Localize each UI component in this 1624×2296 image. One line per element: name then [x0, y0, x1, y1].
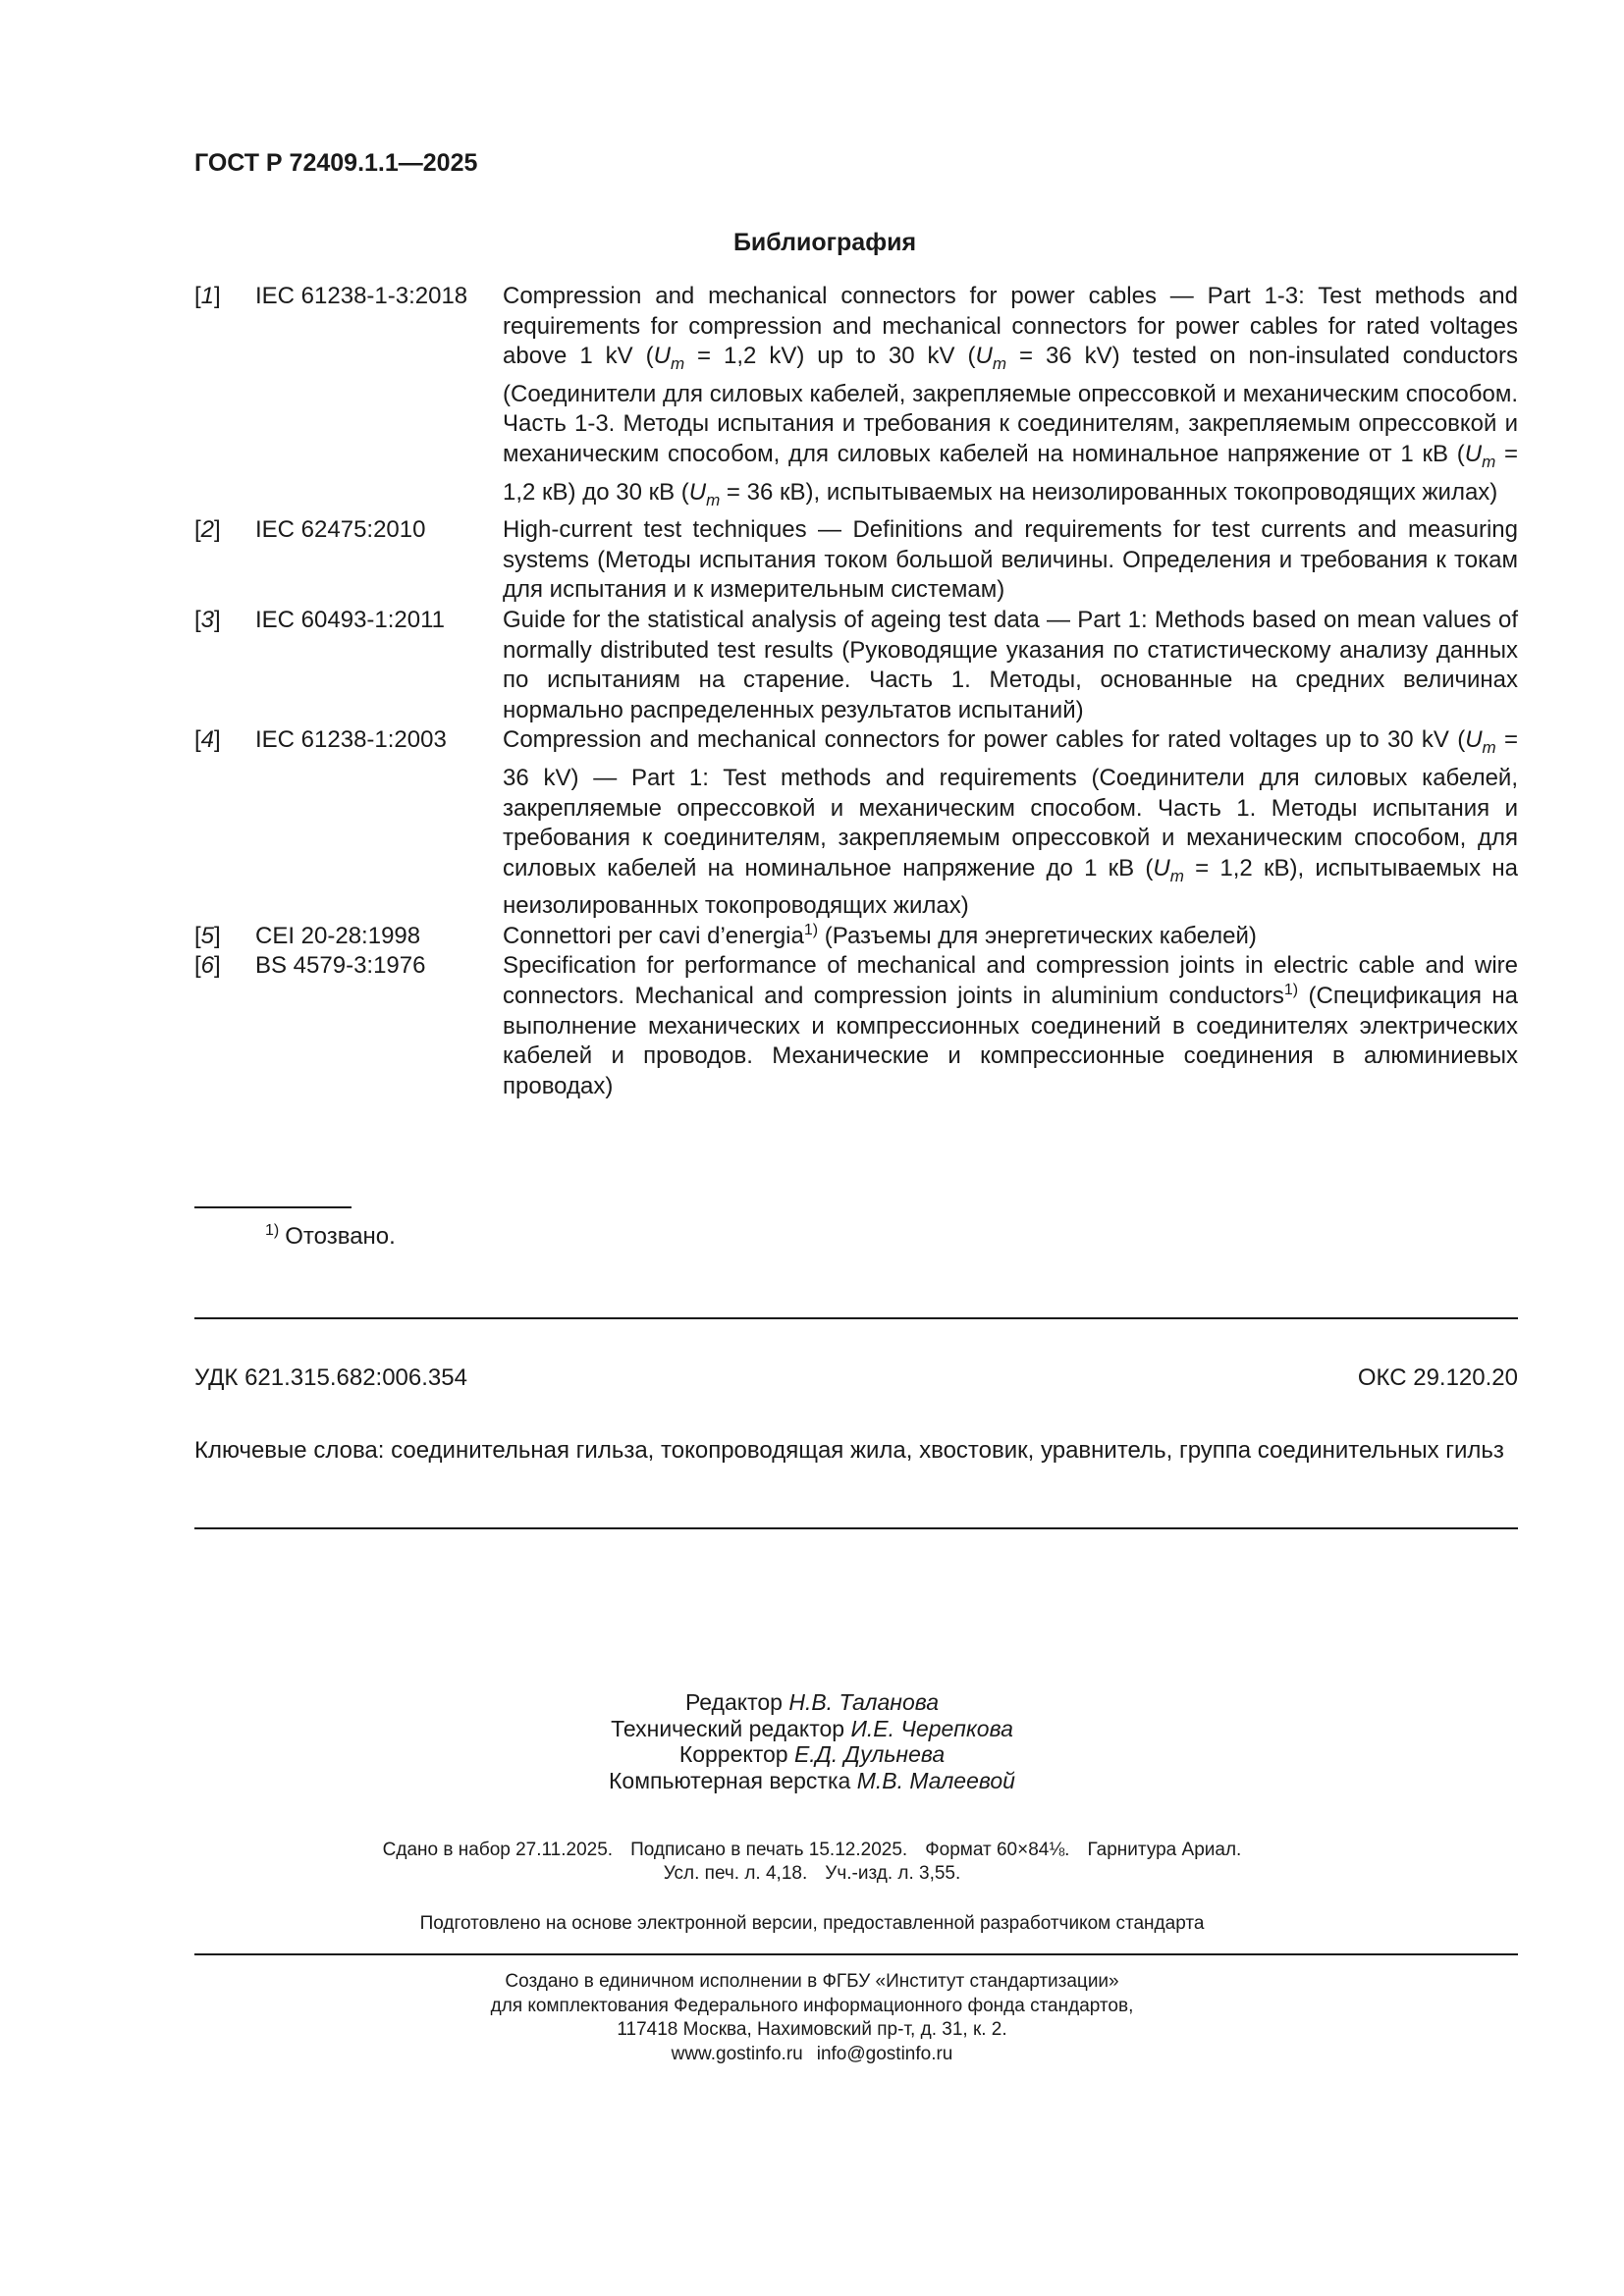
- imprint-item: Гарнитура Ариал.: [1087, 1840, 1241, 1860]
- symbol-subscript: m: [706, 491, 720, 509]
- entry-number-value: 4: [201, 726, 214, 753]
- credit-name: Н.В. Таланова: [788, 1689, 939, 1715]
- imprint-item: Усл. печ. л. 4,18.: [664, 1863, 808, 1884]
- entry-number-value: 3: [201, 607, 214, 633]
- symbol-u: U: [1465, 441, 1482, 467]
- bibliography-entry: [5]CEI 20-28:1998Connettori per cavi d’e…: [194, 922, 1518, 952]
- bibliography-list: [1]IEC 61238-1-3:2018Compression and mec…: [194, 282, 1518, 1101]
- imprint-item: Сдано в набор 27.11.2025.: [383, 1840, 613, 1860]
- symbol-u: U: [689, 479, 706, 506]
- footnote-mark: 1): [265, 1222, 279, 1239]
- divider-top: [194, 1317, 1518, 1319]
- symbol-subscript: m: [1482, 453, 1495, 471]
- credit-line: Редактор Н.В. Таланова: [0, 1689, 1624, 1716]
- publisher-contacts: www.gostinfo.ruinfo@gostinfo.ru: [0, 2043, 1624, 2067]
- symbol-u: U: [1153, 855, 1169, 881]
- keywords: Ключевые слова: соединительная гильза, т…: [194, 1435, 1518, 1466]
- bibliography-title: Библиография: [0, 229, 1624, 257]
- entry-text: Connettori per cavi d’energia1) (Разъемы…: [503, 922, 1518, 952]
- entry-code: BS 4579-3:1976: [255, 951, 503, 1101]
- entry-number: [4]: [194, 725, 255, 922]
- footnote-ref: 1): [804, 922, 818, 938]
- footnote-text: Отозвано.: [285, 1223, 396, 1250]
- oks-code: ОКС 29.120.20: [1358, 1364, 1518, 1392]
- credit-line: Корректор Е.Д. Дульнева: [0, 1741, 1624, 1768]
- entry-text: Specification for performance of mechani…: [503, 951, 1518, 1101]
- credit-name: И.Е. Черепкова: [850, 1716, 1012, 1741]
- imprint-item: Формат 60×84⅛.: [925, 1840, 1069, 1860]
- symbol-subscript: m: [1483, 738, 1496, 757]
- entry-text: Guide for the statistical analysis of ag…: [503, 606, 1518, 725]
- footnote: 1)Отозвано.: [265, 1222, 396, 1251]
- entry-number: [2]: [194, 515, 255, 606]
- entry-number: [5]: [194, 922, 255, 952]
- entry-code: IEC 61238-1:2003: [255, 725, 503, 922]
- bibliography-entry: [6]BS 4579-3:1976Specification for perfo…: [194, 951, 1518, 1101]
- footnote-ref: 1): [1284, 982, 1298, 998]
- entry-text: Compression and mechanical connectors fo…: [503, 725, 1518, 922]
- bibliography-entry: [3]IEC 60493-1:2011Guide for the statist…: [194, 606, 1518, 725]
- imprint-line: Усл. печ. л. 4,18.Уч.-изд. л. 3,55.: [0, 1862, 1624, 1886]
- entry-number: [6]: [194, 951, 255, 1101]
- prepared-note: Подготовлено на основе электронной верси…: [0, 1913, 1624, 1935]
- credit-name: Е.Д. Дульнева: [794, 1741, 945, 1767]
- symbol-u: U: [654, 343, 671, 369]
- publisher-line: Создано в единичном исполнении в ФГБУ «И…: [0, 1970, 1624, 1995]
- publisher-line: для комплектования Федерального информац…: [0, 1995, 1624, 2019]
- entry-code: IEC 60493-1:2011: [255, 606, 503, 725]
- entry-code: IEC 61238-1-3:2018: [255, 282, 503, 515]
- symbol-subscript: m: [993, 354, 1006, 373]
- symbol-u: U: [976, 343, 993, 369]
- entry-code: IEC 62475:2010: [255, 515, 503, 606]
- credit-line: Технический редактор И.Е. Черепкова: [0, 1716, 1624, 1742]
- publisher-block: Создано в единичном исполнении в ФГБУ «И…: [0, 1970, 1624, 2066]
- bibliography-entry: [1]IEC 61238-1-3:2018Compression and mec…: [194, 282, 1518, 515]
- entry-number-value: 6: [201, 952, 214, 979]
- entry-number-value: 1: [201, 283, 214, 309]
- imprint-block: Сдано в набор 27.11.2025.Подписано в печ…: [0, 1839, 1624, 1886]
- imprint-line: Сдано в набор 27.11.2025.Подписано в печ…: [0, 1839, 1624, 1862]
- symbol-u: U: [1465, 726, 1482, 753]
- imprint-item: Уч.-изд. л. 3,55.: [825, 1863, 960, 1884]
- bibliography-entry: [4]IEC 61238-1:2003Compression and mecha…: [194, 725, 1518, 922]
- publisher-line: 117418 Москва, Нахимовский пр-т, д. 31, …: [0, 2018, 1624, 2043]
- entry-number-value: 5: [201, 923, 214, 949]
- entry-number: [1]: [194, 282, 255, 515]
- symbol-subscript: m: [1170, 867, 1184, 885]
- entry-text: Compression and mechanical connectors fo…: [503, 282, 1518, 515]
- symbol-subscript: m: [671, 354, 684, 373]
- imprint-item: Подписано в печать 15.12.2025.: [630, 1840, 907, 1860]
- entry-number: [3]: [194, 606, 255, 725]
- document-id-header: ГОСТ Р 72409.1.1—2025: [194, 149, 477, 178]
- footnote-separator: [194, 1206, 352, 1208]
- udk-code: УДК 621.315.682:006.354: [194, 1364, 467, 1392]
- credit-name: М.В. Малеевой: [857, 1768, 1015, 1793]
- divider-keywords: [194, 1527, 1518, 1529]
- website-link[interactable]: www.gostinfo.ru: [672, 2044, 803, 2064]
- credits-block: Редактор Н.В. ТалановаТехнический редакт…: [0, 1689, 1624, 1793]
- credit-line: Компьютерная верстка М.В. Малеевой: [0, 1768, 1624, 1794]
- entry-text: High-current test techniques — Definitio…: [503, 515, 1518, 606]
- entry-number-value: 2: [201, 516, 214, 543]
- email-link[interactable]: info@gostinfo.ru: [817, 2044, 953, 2064]
- divider-publisher: [194, 1953, 1518, 1955]
- bibliography-entry: [2]IEC 62475:2010High-current test techn…: [194, 515, 1518, 606]
- entry-code: CEI 20-28:1998: [255, 922, 503, 952]
